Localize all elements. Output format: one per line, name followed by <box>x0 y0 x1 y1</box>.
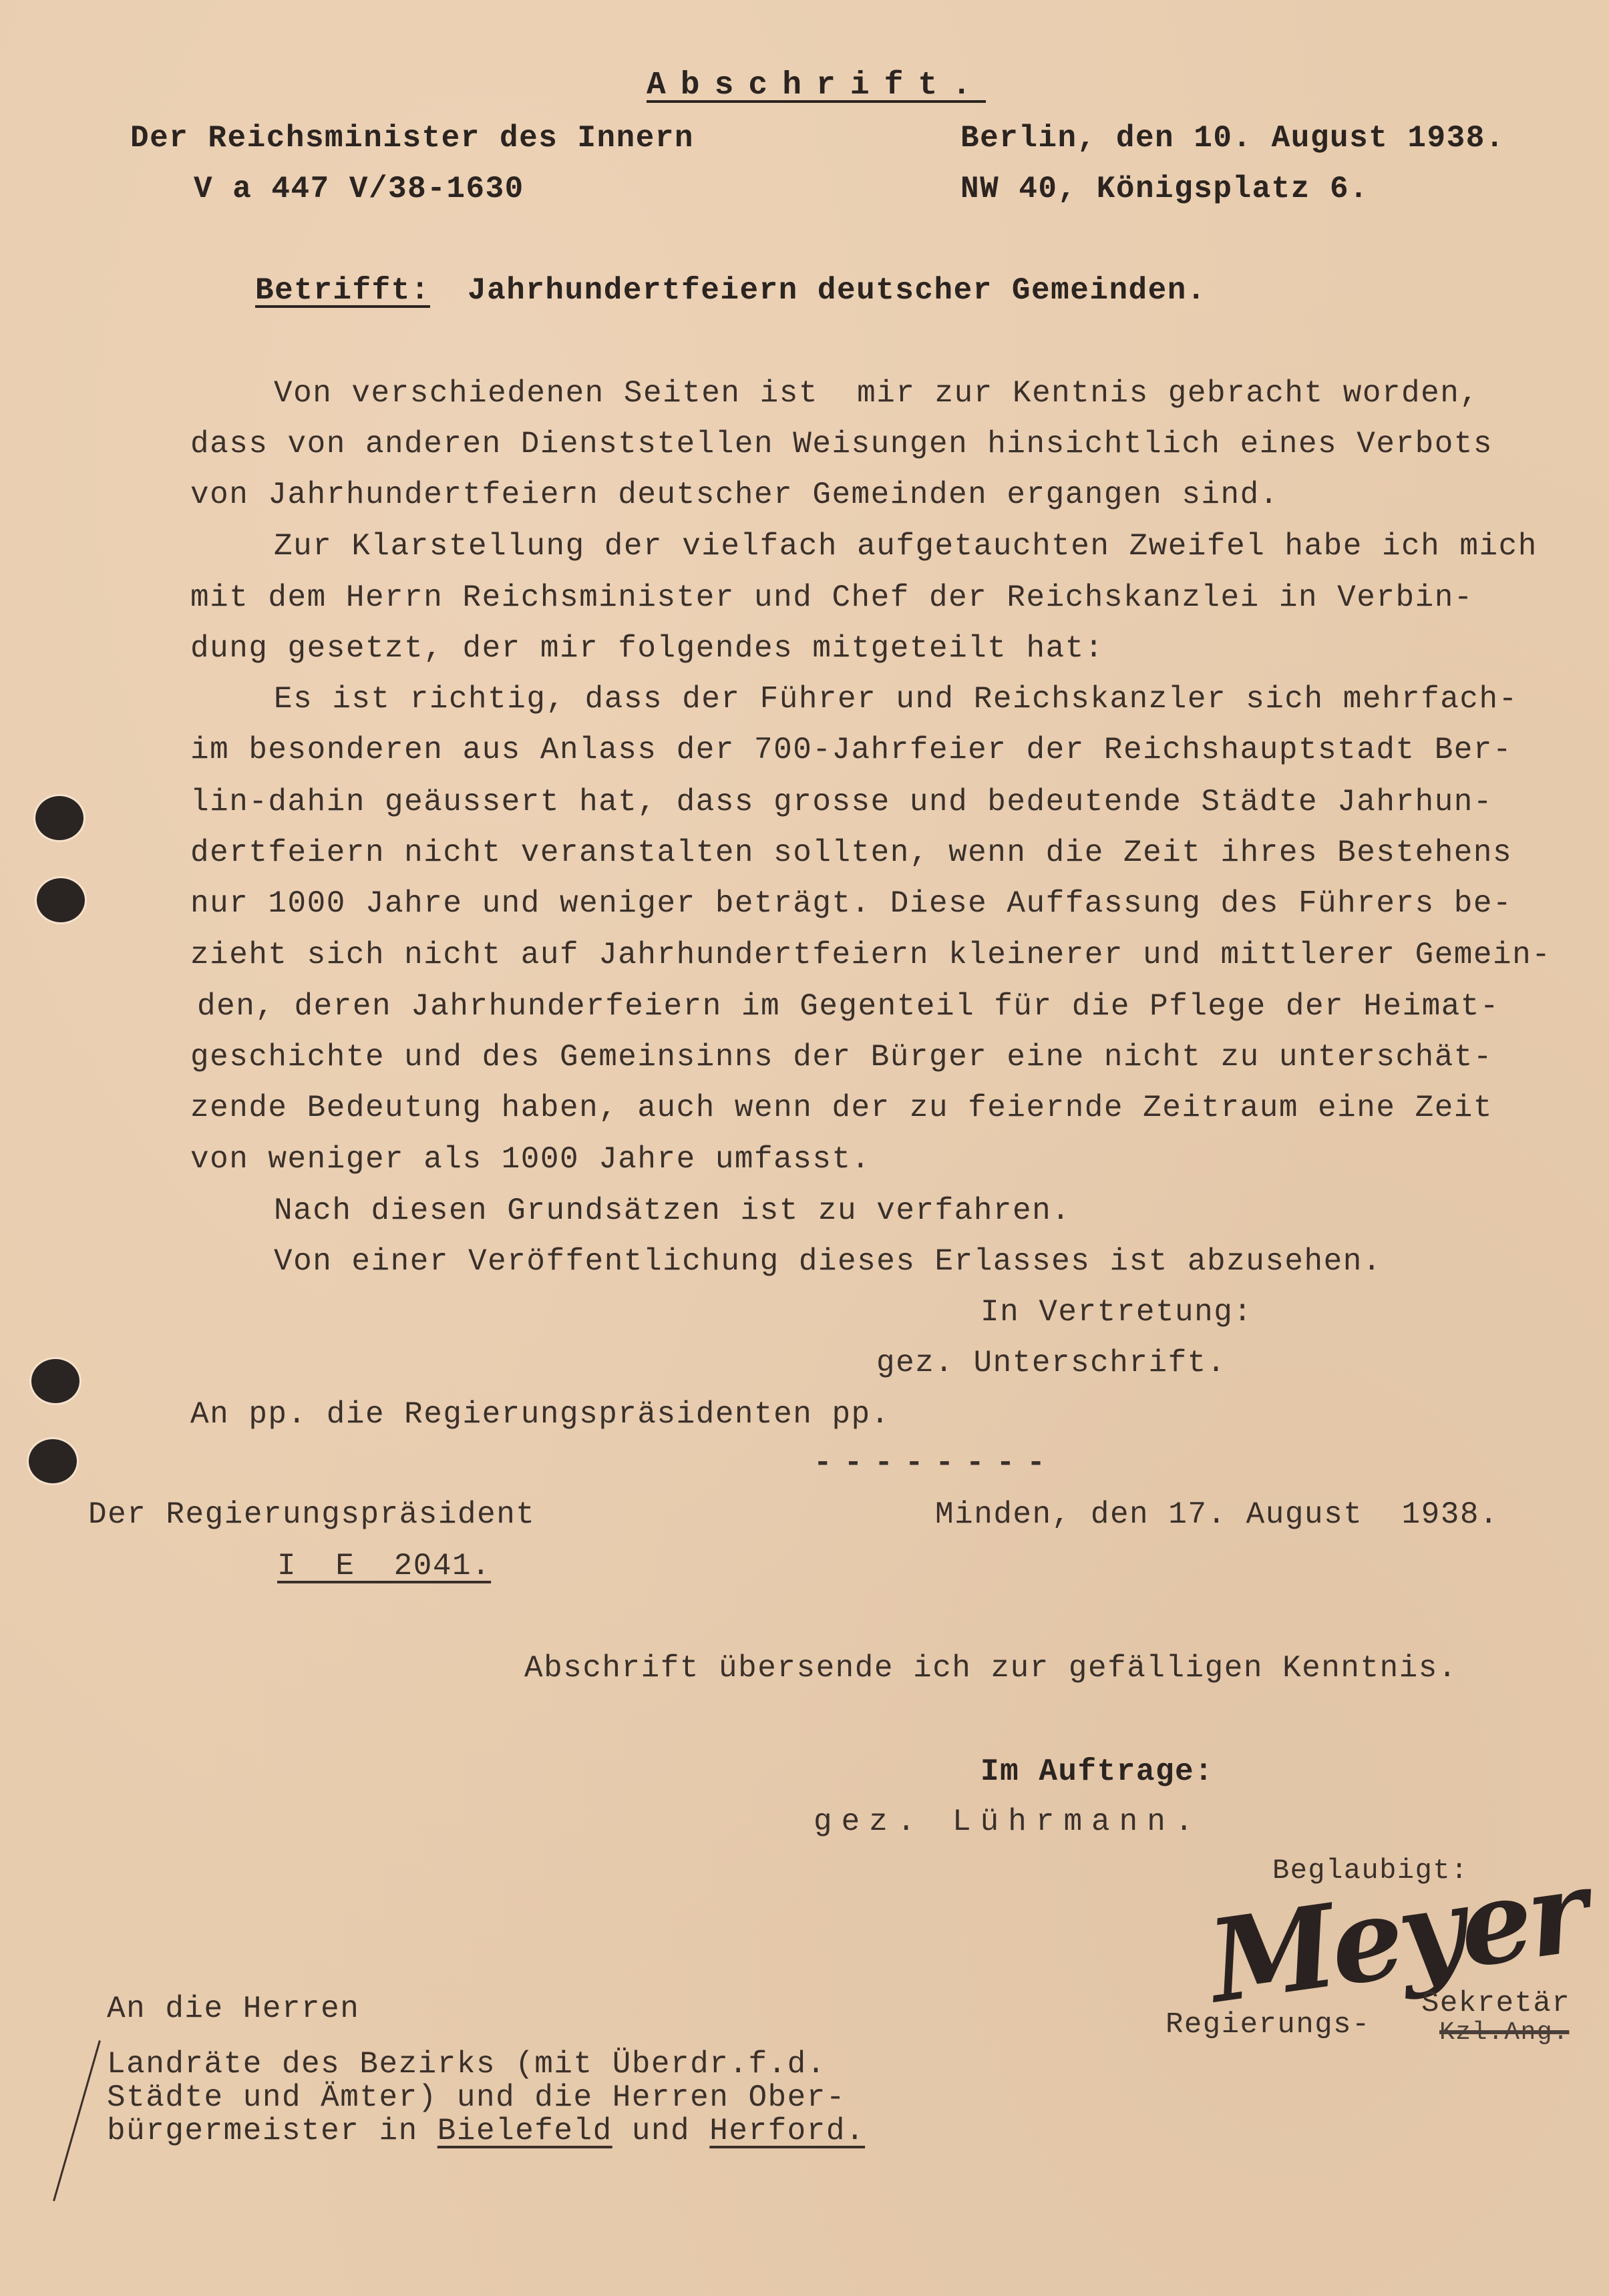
addressee-regierungspraesidenten: An pp. die Regierungspräsidenten pp. <box>190 1399 890 1430</box>
body-line: zieht sich nicht auf Jahrhundertfeiern k… <box>190 940 1551 970</box>
title-suffix: Sekretär <box>1421 1989 1570 2018</box>
underlined-city-bielefeld: Bielefeld <box>437 2114 612 2148</box>
body-line: dass von anderen Dienststellen Weisungen… <box>190 429 1493 459</box>
body-line: Von einer Veröffentlichung dieses Erlass… <box>274 1246 1382 1277</box>
punch-hole <box>29 1439 77 1483</box>
body-line: von Jahrhundertfeiern deutscher Gemeinde… <box>190 480 1279 510</box>
title-struck: Kzl.Ang. <box>1439 2020 1569 2046</box>
forwarding-text: Abschrift übersende ich zur gefälligen K… <box>524 1653 1457 1684</box>
addressees-line: Landräte des Bezirks (mit Überdr.f.d. <box>107 2049 826 2080</box>
body-line: zende Bedeutung haben, auch wenn der zu … <box>190 1093 1493 1123</box>
forwarding-place-date: Minden, den 17. August 1938. <box>935 1499 1499 1530</box>
body-line: lin-dahin geäussert hat, dass grosse und… <box>190 787 1493 817</box>
closing-in-vertretung: In Vertretung: <box>980 1297 1252 1328</box>
punch-hole <box>37 878 85 922</box>
forwarding-closing: Im Auftrage: <box>980 1756 1214 1787</box>
addressees-heading: An die Herren <box>107 1993 359 2024</box>
body-line: Nach diesen Grundsätzen ist zu verfahren… <box>274 1195 1071 1226</box>
signed-unterschrift: gez. Unterschrift. <box>876 1348 1226 1378</box>
title-prefix: Regierungs- <box>1166 2010 1371 2040</box>
body-line: nur 1000 Jahre und weniger beträgt. Dies… <box>190 888 1512 919</box>
body-line: von weniger als 1000 Jahre umfasst. <box>190 1144 871 1175</box>
body-line: dertfeiern nicht veranstalten sollten, w… <box>190 837 1512 868</box>
separator-dashes: -------- <box>814 1448 1057 1479</box>
addressees-line: Städte und Ämter) und die Herren Ober- <box>107 2082 846 2113</box>
addressees-line-conj: und <box>612 2114 710 2148</box>
body-line: Zur Klarstellung der vielfach aufgetauch… <box>274 531 1538 562</box>
underlined-city-herford: Herford. <box>709 2114 865 2148</box>
body-line: Von verschiedenen Seiten ist mir zur Ken… <box>274 378 1479 409</box>
punch-hole <box>35 796 83 840</box>
document-title: Abschrift. <box>647 69 986 102</box>
body-line: Es ist richtig, dass der Führer und Reic… <box>274 684 1518 715</box>
body-line: den, deren Jahrhunderfeiern im Gegenteil… <box>197 991 1499 1022</box>
body-line: dung gesetzt, der mir folgendes mitgetei… <box>190 633 1104 664</box>
sender-address: NW 40, Königsplatz 6. <box>960 174 1369 204</box>
sender-authority: Der Reichsminister des Innern <box>130 123 694 154</box>
subject-text: Jahrhundertfeiern deutscher Gemeinden. <box>468 275 1206 306</box>
subject-label: Betrifft: <box>255 275 430 306</box>
body-line: im besonderen aus Anlass der 700-Jahrfei… <box>190 735 1512 765</box>
body-line: geschichte und des Gemeinsinns der Bürge… <box>190 1042 1493 1073</box>
sender-place-date: Berlin, den 10. August 1938. <box>960 123 1505 154</box>
body-line: mit dem Herrn Reichsminister und Chef de… <box>190 582 1473 613</box>
forwarding-reference: I E 2041. <box>277 1551 491 1581</box>
forwarding-authority: Der Regierungspräsident <box>88 1499 535 1530</box>
addressees-line: bürgermeister in Bielefeld und Herford. <box>107 2116 865 2146</box>
punch-hole <box>31 1359 79 1403</box>
addressees-line-prefix: bürgermeister in <box>107 2114 437 2148</box>
sender-reference: V a 447 V/38-1630 <box>194 174 524 204</box>
forwarding-signed: gez. Lührmann. <box>814 1806 1202 1837</box>
